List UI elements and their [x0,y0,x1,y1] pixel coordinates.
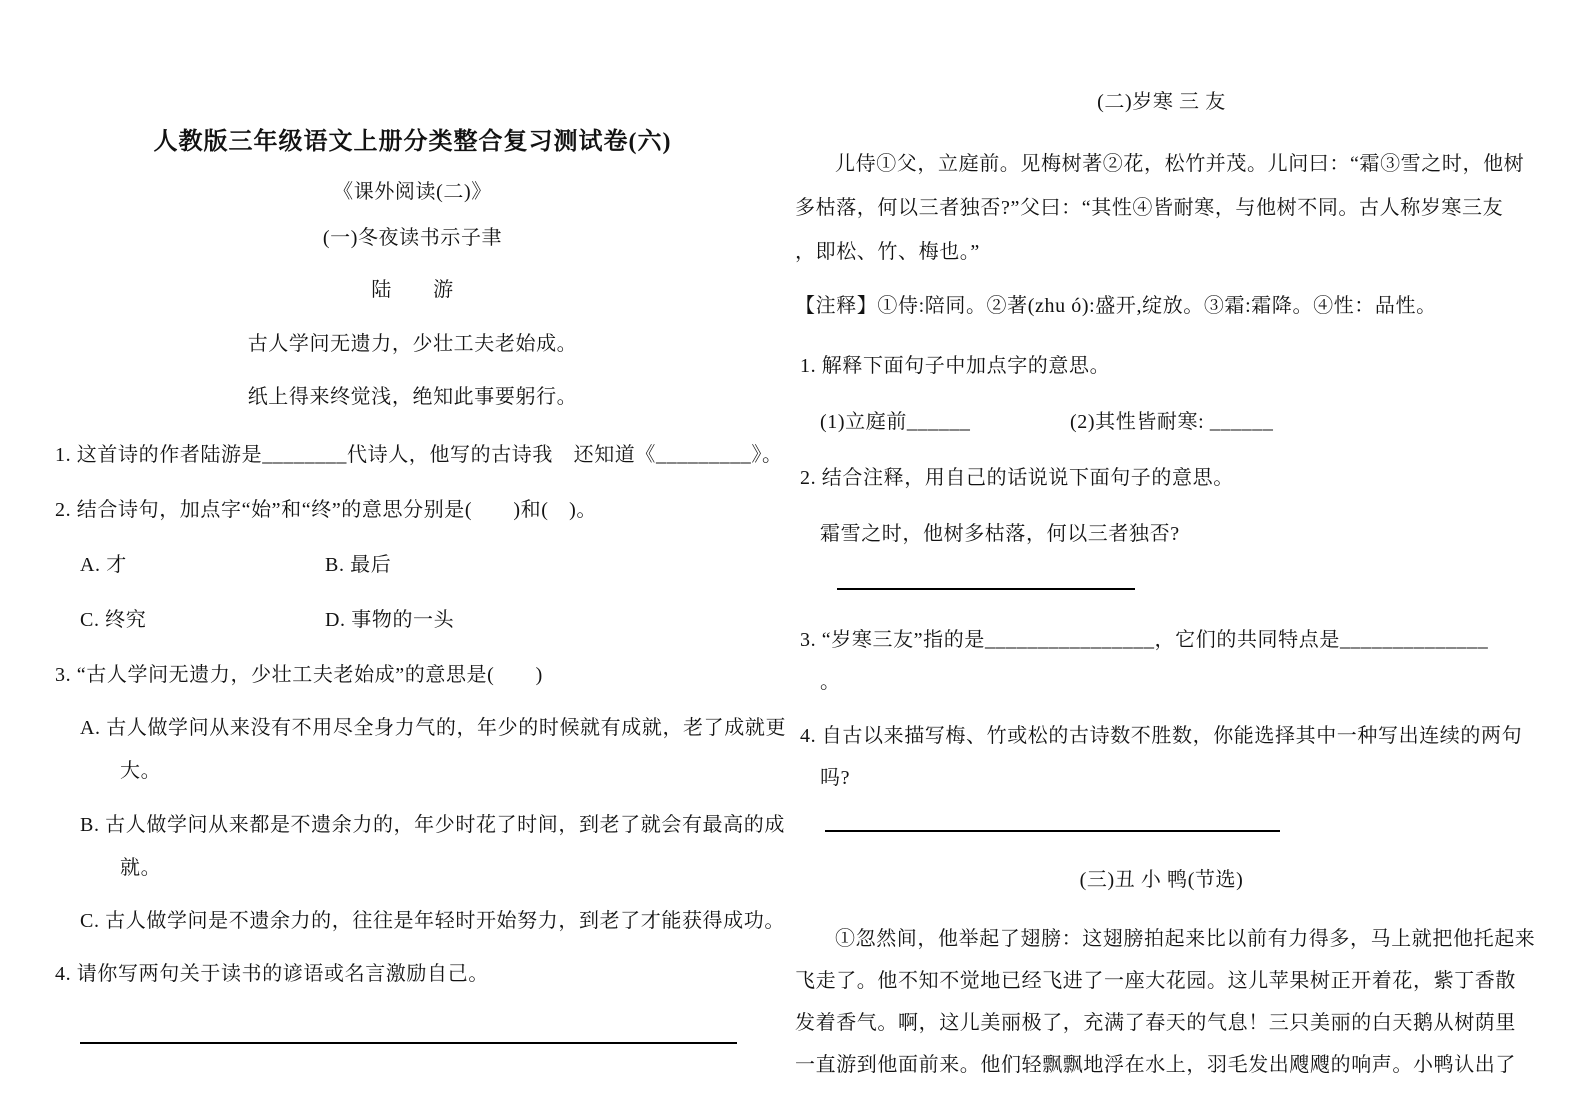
poem-line-1: 古人学问无遗力，少壮工夫老始成。 [55,330,770,358]
test-paper-page: 人教版三年级语文上册分类整合复习测试卷(六) 《课外阅读(二)》 (一)冬夜读书… [0,0,1584,1119]
s1-q3-option-b-line-1: B. 古人做学问从来都是不遗余力的，年少时花了时间，到老了就会有最高的成 [80,811,795,839]
section-3-heading: (三)丑 小 鸭(节选) [795,866,1528,894]
section-1-heading: (一)冬夜读书示子聿 [55,224,770,252]
s1-q3-option-a-line-1: A. 古人做学问从来没有不用尽全身力气的，年少的时候就有成就，老了成就更 [80,714,795,742]
s2-q2-sentence: 霜雪之时，他树多枯落，何以三者独否? [820,520,1553,548]
s1-q2-option-a: A. 才 [80,551,127,579]
s2-question-3-line-2: 。 [820,668,1553,696]
s3-passage-line-3: 发着香气。啊，这儿美丽极了，充满了春天的气息！三只美丽的白天鹅从树荫里 [795,1009,1528,1037]
s1-question-4: 4. 请你写两句关于读书的谚语或名言激励自己。 [55,960,770,988]
s2-question-4-line-1: 4. 自古以来描写梅、竹或松的古诗数不胜数，你能选择其中一种写出连续的两句 [800,722,1533,750]
paper-title: 人教版三年级语文上册分类整合复习测试卷(六) [55,128,770,156]
s1-q2-option-c: C. 终究 [80,606,146,634]
s2-passage-line-3: ，即松、竹、梅也。” [795,238,1528,266]
s2-q4-answer-line [825,830,1280,832]
s3-passage-line-1: ①忽然间，他举起了翅膀：这翅膀拍起来比以前有力得多，马上就把他托起来 [835,925,1568,953]
s2-note: 【注释】①侍:陪同。②著(zhu ó):盛开,绽放。③霜:霜降。④性：品性。 [795,292,1528,320]
s1-q3-option-c: C. 古人做学问是不遗余力的，往往是年轻时开始努力，到老了才能获得成功。 [80,907,795,935]
section-2-heading: (二)岁寒 三 友 [795,88,1528,116]
s1-question-2: 2. 结合诗句，加点字“始”和“终”的意思分别是( )和( )。 [55,496,770,524]
s2-question-4-line-2: 吗? [820,764,1553,792]
s2-question-2: 2. 结合注释，用自己的话说说下面句子的意思。 [800,464,1533,492]
s2-question-1: 1. 解释下面句子中加点字的意思。 [800,352,1533,380]
s2-q2-answer-line [837,588,1135,590]
s1-q2-option-d: D. 事物的一头 [325,606,454,634]
s2-q1-blank-2: (2)其性皆耐寒: ______ [1070,408,1273,436]
s1-q2-option-b: B. 最后 [325,551,391,579]
s1-q3-option-a-line-2: 大。 [120,757,835,785]
s2-passage-line-1: 儿侍①父，立庭前。见梅树著②花，松竹并茂。儿问曰：“霜③雪之时，他树 [835,150,1568,178]
s1-question-1: 1. 这首诗的作者陆游是________代诗人，他写的古诗我 还知道《_____… [55,441,770,469]
poem-author: 陆 游 [55,276,770,304]
s2-q1-blank-1: (1)立庭前______ [820,408,971,436]
s3-passage-line-2: 飞走了。他不知不觉地已经飞进了一座大花园。这儿苹果树正开着花，紫丁香散 [795,967,1528,995]
s2-question-3-line-1: 3. “岁寒三友”指的是________________，它们的共同特点是___… [800,626,1533,654]
s1-question-3: 3. “古人学问无遗力，少壮工夫老始成”的意思是( ) [55,661,770,689]
s1-q4-answer-line [80,1042,737,1044]
s1-q3-option-b-line-2: 就。 [120,854,835,882]
left-column: 人教版三年级语文上册分类整合复习测试卷(六) 《课外阅读(二)》 (一)冬夜读书… [55,0,770,1119]
paper-subtitle: 《课外阅读(二)》 [55,178,770,206]
s2-passage-line-2: 多枯落，何以三者独否?”父曰：“其性④皆耐寒，与他树不同。古人称岁寒三友 [795,194,1528,222]
s3-passage-line-4: 一直游到他面前来。他们轻飘飘地浮在水上，羽毛发出飕飕的响声。小鸭认出了 [795,1051,1528,1079]
right-column: (二)岁寒 三 友 儿侍①父，立庭前。见梅树著②花，松竹并茂。儿问曰：“霜③雪之… [795,0,1528,1119]
poem-line-2: 纸上得来终觉浅，绝知此事要躬行。 [55,383,770,411]
